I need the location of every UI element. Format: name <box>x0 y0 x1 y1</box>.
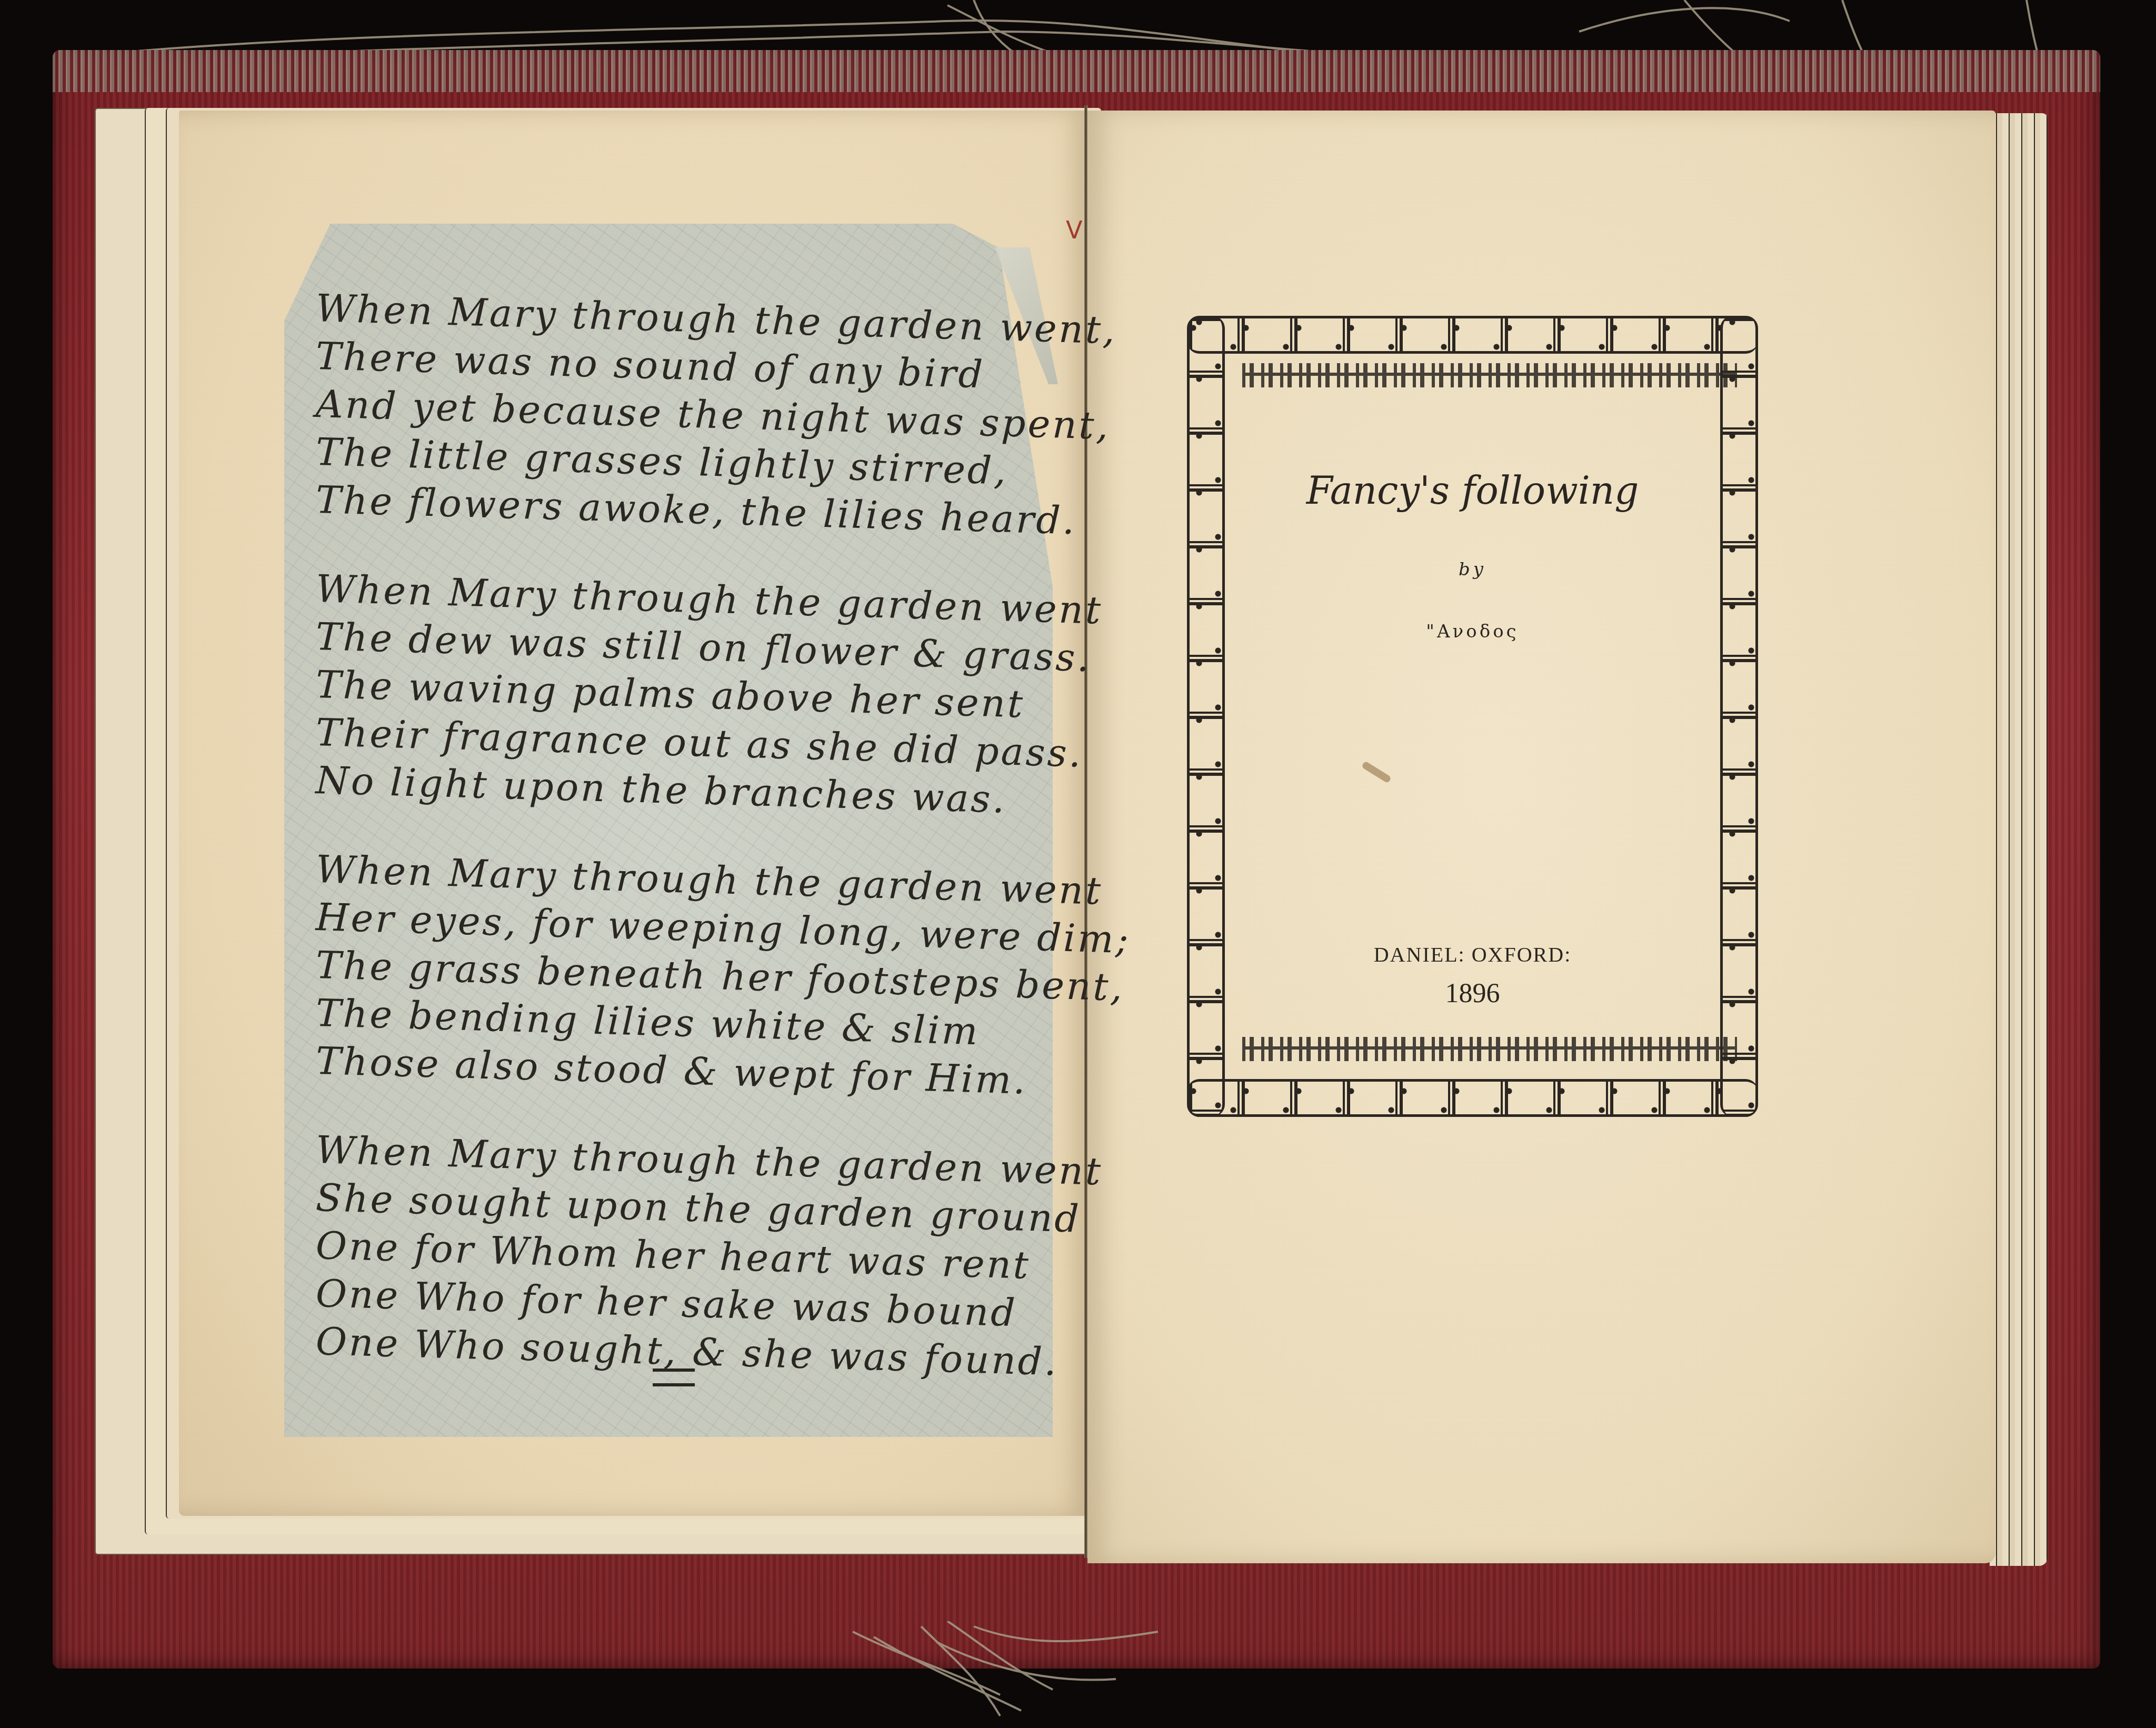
border-left-band <box>1187 316 1225 1117</box>
poem-stanza: When Mary through the garden went Her ey… <box>316 845 1047 1085</box>
border-top-band <box>1187 316 1758 354</box>
publisher-imprint: DANIEL: OXFORD: <box>1232 942 1713 967</box>
poem-stanza: When Mary through the garden went She so… <box>316 1126 1047 1365</box>
byline-by: by <box>1232 559 1713 580</box>
publication-year: 1896 <box>1232 978 1713 1009</box>
right-fore-edge <box>1990 113 2048 1566</box>
poem-stanza: When Mary through the garden went The de… <box>316 565 1047 804</box>
poem-stanza: When Mary through the garden went, There… <box>316 284 1047 524</box>
fleuron-row-bottom <box>1242 1037 1737 1061</box>
margin-check-mark: V <box>1066 216 1082 244</box>
border-right-band <box>1720 316 1758 1117</box>
border-bottom-band <box>1187 1079 1758 1117</box>
author-pseudonym: "Aνοδος <box>1232 621 1713 642</box>
manuscript-poem: When Mary through the garden went, There… <box>316 284 1047 1406</box>
fleuron-row-top <box>1242 363 1737 387</box>
headband <box>53 50 2100 92</box>
manuscript-end-mark <box>653 1369 695 1386</box>
book-title: Fancy's following <box>1232 468 1713 513</box>
